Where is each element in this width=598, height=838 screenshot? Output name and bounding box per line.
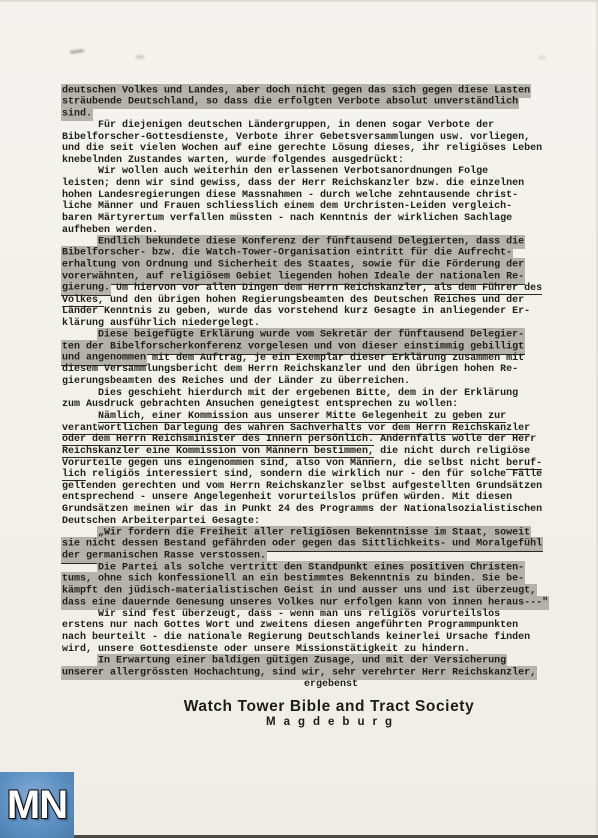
document-line: liche Männer und Frauen schliesslich ein… bbox=[62, 201, 548, 213]
document-line: Grundsätzen meinen wir das in Punkt 24 d… bbox=[62, 504, 548, 516]
document-line: und die seit vielen Wochen auf eine gere… bbox=[62, 143, 548, 155]
text-block: deutschen Volkes und Landes, aber doch n… bbox=[62, 85, 548, 679]
text-segment: Dies geschieht hierdurch mit der ergeben… bbox=[62, 388, 518, 399]
mn-watermark-label: MN bbox=[7, 772, 67, 838]
document-line: leisten; denn wir sind gewiss, dass der … bbox=[62, 178, 548, 190]
text-segment: hohen Landesregierungen diese Massnahmen… bbox=[62, 190, 518, 201]
text-segment: Um hiervon vor allen Dingen dem Herrn Re… bbox=[110, 283, 434, 294]
text-segment: Vorurteile gegen uns eingenommen sind, a… bbox=[62, 458, 506, 469]
text-segment: Für diejenigen deutschen Ländergruppen, … bbox=[62, 120, 494, 131]
document-line: nach beurteilt - die nationale Regierung… bbox=[62, 632, 548, 644]
document-line: unserer allergrössten Hochachtung, sind … bbox=[62, 667, 548, 679]
document-line: erstens nur nach Gottes Wort und zweiten… bbox=[62, 620, 548, 632]
document-line: gierung. Um hiervon vor allen Dingen dem… bbox=[62, 283, 548, 295]
text-segment: als dem Führer des bbox=[434, 283, 542, 295]
document-line: Wir sind fest überzeugt, dass - wenn man… bbox=[62, 609, 548, 621]
text-segment: Grundsätzen meinen wir das in Punkt 24 d… bbox=[62, 504, 542, 515]
text-segment: erstens nur nach Gottes Wort und zweiten… bbox=[62, 620, 518, 631]
text-segment: nach beurteilt - die nationale Regierung… bbox=[62, 632, 530, 643]
text-segment: und den übrigen hohen Regierungsbeamten … bbox=[104, 295, 524, 306]
text-segment: Länder Kenntnis zu geben, wurde das vors… bbox=[62, 306, 530, 317]
document-line: Reichskanzler eine Kommission von Männer… bbox=[62, 446, 548, 458]
text-segment: sind. bbox=[61, 107, 93, 121]
document-line: gierungsbeamten des Reiches und der Länd… bbox=[62, 376, 548, 388]
document-line: vorerwähnten, auf religiösem Gebiet lieg… bbox=[62, 271, 548, 283]
document-line: zum Ausdruck gebrachten Ansuchen geneigt… bbox=[62, 399, 548, 411]
text-segment bbox=[62, 411, 98, 422]
text-segment: Wir wollen auch weiterhin den erlassenen… bbox=[62, 166, 488, 177]
text-segment: Andernfalls wolle der Herr bbox=[374, 434, 536, 445]
document-line: Für diejenigen deutschen Ländergruppen, … bbox=[62, 120, 548, 132]
text-segment: leisten; denn wir sind gewiss, dass der … bbox=[62, 178, 524, 189]
text-segment bbox=[62, 329, 98, 340]
text-segment: Wir sind fest überzeugt, dass - wenn man… bbox=[62, 609, 500, 620]
text-segment: beruf- bbox=[506, 458, 542, 470]
scan-smudge bbox=[135, 55, 145, 59]
document-line: Nämlich, einer Kommission aus unserer Mi… bbox=[62, 411, 548, 423]
scan-edge-top bbox=[0, 0, 598, 2]
document-line: knebelnden Zustandes warten, wurde folge… bbox=[62, 155, 548, 167]
text-segment: geltenden gerechten und vom Herrn Reichs… bbox=[62, 481, 542, 492]
text-segment: Volkes, bbox=[62, 295, 104, 307]
document-line: diesem Versammlungsbericht dem Herrn Rei… bbox=[62, 364, 548, 376]
text-segment: lich bbox=[62, 469, 86, 481]
scanned-document-page: deutschen Volkes und Landes, aber doch n… bbox=[0, 0, 598, 838]
text-segment: Nämlich, einer Kommission aus unserer Mi… bbox=[98, 411, 506, 423]
document-line: hohen Landesregierungen diese Massnahmen… bbox=[62, 190, 548, 202]
document-line: Dies geschieht hierdurch mit der ergeben… bbox=[62, 388, 548, 400]
text-segment: mit dem Auftrag, je ein Exemplar dieser … bbox=[146, 353, 524, 364]
document-line: Wir wollen auch weiterhin den erlassenen… bbox=[62, 166, 548, 178]
text-segment bbox=[62, 655, 98, 666]
scan-smudge bbox=[70, 49, 84, 54]
text-segment: die nicht durch religiöse bbox=[374, 446, 530, 457]
text-segment: knebelnden Zustandes warten, wurde folge… bbox=[62, 155, 404, 166]
signature-block: Watch Tower Bible and Tract Society Magd… bbox=[99, 698, 559, 729]
document-line: Länder Kenntnis zu geben, wurde das vors… bbox=[62, 306, 548, 318]
document-line: verantwortlichen Darlegung des wahren Sa… bbox=[62, 423, 548, 435]
text-segment: oder dem Herrn Reichsminister des Innern… bbox=[62, 434, 374, 446]
document-line: sträubende Deutschland, so dass die erfo… bbox=[62, 97, 548, 109]
text-segment: Bibelforscher-Gottesdienste, Verbote ihr… bbox=[62, 132, 530, 143]
document-line: baren Märtyrertum verfallen müssten - na… bbox=[62, 213, 548, 225]
mn-watermark-logo: MN bbox=[0, 772, 74, 838]
signature-city: Magdeburg bbox=[99, 716, 559, 729]
text-segment: sträubende Deutschland, so dass die erfo… bbox=[61, 95, 519, 109]
text-segment: gierungsbeamten des Reiches und der Länd… bbox=[62, 376, 410, 387]
document-line: oder dem Herrn Reichsminister des Innern… bbox=[62, 434, 548, 446]
text-segment: entsprechend - unsere Angelegenheit voru… bbox=[62, 492, 512, 503]
text-segment: zum Ausdruck gebrachten Ansuchen geneigt… bbox=[62, 399, 458, 410]
signature-org: Watch Tower Bible and Tract Society bbox=[99, 698, 559, 715]
text-segment: unserer allergrössten Hochachtung, sind … bbox=[61, 666, 537, 680]
document-line: geltenden gerechten und vom Herrn Reichs… bbox=[62, 481, 548, 493]
text-segment: liche Männer und Frauen schliesslich ein… bbox=[62, 201, 512, 212]
closing-valediction: ergebenst bbox=[304, 679, 358, 691]
text-segment: und die seit vielen Wochen auf eine gere… bbox=[62, 143, 542, 154]
text-segment: religiös interessiert sind, sondern die … bbox=[86, 469, 542, 480]
document-line: lich religiös interessiert sind, sondern… bbox=[62, 469, 548, 481]
document-line: entsprechend - unsere Angelegenheit voru… bbox=[62, 492, 548, 504]
document-line: Volkes, und den übrigen hohen Regierungs… bbox=[62, 295, 548, 307]
text-segment: baren Märtyrertum verfallen müssten - na… bbox=[62, 213, 512, 224]
text-segment: dass eine dauernde Genesung unseres Volk… bbox=[61, 596, 549, 610]
document-line: sind. bbox=[62, 108, 548, 120]
text-segment: diesem Versammlungsbericht dem Herrn Rei… bbox=[62, 364, 518, 375]
document-line: Bibelforscher-Gottesdienste, Verbote ihr… bbox=[62, 132, 548, 144]
text-segment: verantwortlichen Darlegung des wahren Sa… bbox=[62, 423, 530, 435]
text-segment: Reichskanzler eine Kommission von Männer… bbox=[62, 446, 374, 458]
document-line: Vorurteile gegen uns eingenommen sind, a… bbox=[62, 458, 548, 470]
document-line: dass eine dauernde Genesung unseres Volk… bbox=[62, 597, 548, 609]
document-line: und angenommen mit dem Auftrag, je ein E… bbox=[62, 353, 548, 365]
scan-smudge bbox=[538, 55, 546, 60]
